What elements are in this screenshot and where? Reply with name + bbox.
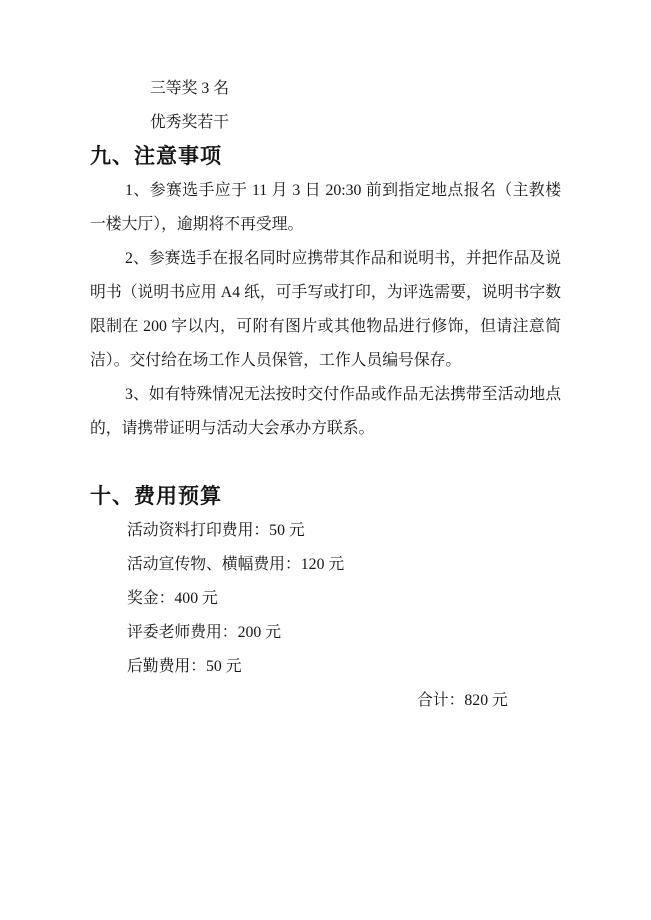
section-heading-notes: 九、注意事项 (90, 140, 561, 174)
budget-item-prize-money: 奖金：400 元 (90, 582, 561, 616)
budget-item-logistics: 后勤费用：50 元 (90, 650, 561, 684)
notes-paragraph-3-line-1: 3、如有特殊情况无法按时交付作品或作品无法携带至活动地点 (90, 378, 561, 412)
prize-line-third: 三等奖 3 名 (90, 72, 561, 106)
notes-paragraph-1-line-2: 一楼大厅），逾期将不再受理。 (90, 208, 561, 242)
document-page: 三等奖 3 名 优秀奖若干 九、注意事项 1、参赛选手应于 11 月 3 日 2… (0, 0, 651, 920)
budget-item-judges: 评委老师费用：200 元 (90, 616, 561, 650)
notes-paragraph-2-line-4: 洁）。交付给在场工作人员保管，工作人员编号保存。 (90, 344, 561, 378)
notes-paragraph-1-line-1: 1、参赛选手应于 11 月 3 日 20:30 前到指定地点报名（主教楼 (90, 174, 561, 208)
budget-item-printing: 活动资料打印费用：50 元 (90, 514, 561, 548)
budget-item-promo-banner: 活动宣传物、横幅费用：120 元 (90, 548, 561, 582)
section-heading-budget: 十、费用预算 (90, 480, 561, 514)
notes-paragraph-2-line-3: 限制在 200 字以内，可附有图片或其他物品进行修饰，但请注意简 (90, 310, 561, 344)
notes-paragraph-3-line-2: 的，请携带证明与活动大会承办方联系。 (90, 412, 561, 446)
blank-line (90, 446, 561, 480)
budget-total: 合计：820 元 (90, 684, 561, 718)
notes-paragraph-2-line-2: 明书（说明书应用 A4 纸，可手写或打印，为评选需要，说明书字数 (90, 276, 561, 310)
notes-paragraph-2-line-1: 2、参赛选手在报名同时应携带其作品和说明书，并把作品及说 (90, 242, 561, 276)
prize-line-excellence: 优秀奖若干 (90, 106, 561, 140)
